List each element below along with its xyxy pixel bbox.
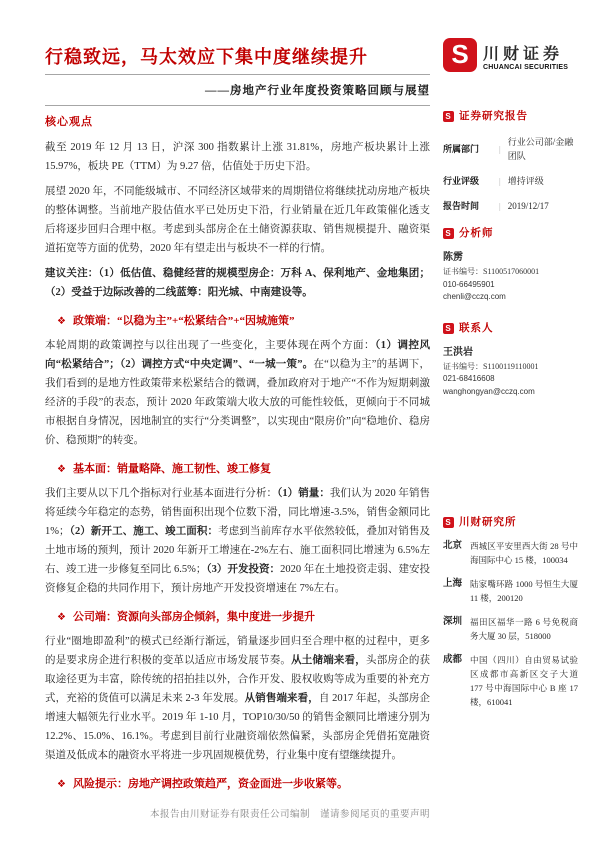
sidebar-heading-label: 川财研究所	[459, 516, 517, 529]
brand-logo-text: 川财证券 CHUANCAI SECURITIES	[483, 38, 568, 71]
page-title: 行稳致远，马太效应下集中度继续提升	[45, 46, 430, 68]
contact-cert: 证书编号：S1100119110001	[443, 361, 578, 374]
section-heading-label: 风险提示：房地产调控政策趋严，资金面进一步收紧等。	[73, 778, 348, 790]
mini-logo-icon: S	[443, 111, 454, 122]
mini-logo-icon: S	[443, 517, 454, 528]
section-heading-label: 公司端：资源向头部房企倾斜，集中度进一步提升	[73, 611, 315, 623]
section-heading-label: 政策端：“以稳为主”+“松紧结合”+“因城施策”	[73, 315, 295, 327]
sidebar-heading-contact: S 联系人	[443, 322, 578, 335]
office-address: 福田区福华一路 6 号免税商务大厦 30 层，518000	[470, 615, 578, 643]
text-run: 我们主要从以下几个指标对行业基本面进行分析：	[45, 488, 277, 499]
office-address: 中国（四川）自由贸易试验区成都市高新区交子大道 177 号中海国际中心 B 座 …	[470, 653, 578, 709]
office-address: 西城区平安里西大街 28 号中海国际中心 15 楼，100034	[470, 539, 578, 567]
office-city: 上海	[443, 577, 470, 605]
meta-label: 所属部门	[443, 143, 497, 156]
meta-value: 行业公司部/金融团队	[508, 135, 578, 163]
analyst-card: 陈雳 证书编号：S1100517060001 010-66495901 chen…	[443, 251, 578, 304]
analyst-cert: 证书编号：S1100517060001	[443, 266, 578, 279]
section-heading-fundamentals: ❖基本面：销量略降、施工韧性、竣工修复	[57, 461, 430, 478]
section-heading-label: 基本面：销量略降、施工韧性、竣工修复	[73, 463, 271, 475]
content-row: 核心观点 截至 2019 年 12 月 13 日，沪深 300 指数累计上涨 3…	[45, 106, 578, 825]
brand-name-en: CHUANCAI SECURITIES	[483, 64, 568, 71]
report-meta: 所属部门 | 行业公司部/金融团队 行业评级 | 增持评级 报告时间 | 201…	[443, 135, 578, 213]
brand-logo: S 川财证券 CHUANCAI SECURITIES	[443, 38, 578, 106]
main-column: 核心观点 截至 2019 年 12 月 13 日，沪深 300 指数累计上涨 3…	[45, 106, 430, 825]
core-view-heading: 核心观点	[45, 113, 430, 132]
office-shanghai: 上海 陆家嘴环路 1000 号恒生大厦 11 楼，200120	[443, 577, 578, 605]
sidebar-heading-label: 联系人	[459, 322, 494, 335]
analyst-phone: 010-66495901	[443, 279, 578, 292]
diamond-bullet-icon: ❖	[57, 316, 66, 327]
section-heading-risk: ❖风险提示：房地产调控政策趋严，资金面进一步收紧等。	[57, 776, 430, 793]
meta-value: 增持评级	[508, 174, 544, 188]
meta-row-rating: 行业评级 | 增持评级	[443, 174, 578, 188]
office-city: 成都	[443, 653, 470, 709]
paragraph-policy: 本轮周期的政策调控与以往出现了一些变化，主要体现在两个方面：（1）调控风向“松紧…	[45, 336, 430, 450]
diamond-bullet-icon: ❖	[57, 612, 66, 623]
sidebar-heading-label: 分析师	[459, 227, 494, 240]
office-address: 陆家嘴环路 1000 号恒生大厦 11 楼，200120	[470, 577, 578, 605]
sidebar-heading-report: S 证券研究报告	[443, 110, 578, 123]
brand-name-cn: 川财证券	[483, 41, 568, 64]
text-run: （3）开发投资：	[206, 564, 280, 575]
paragraph-recommendation: 建议关注：（1）低估值、稳健经营的规模型房企：万科 A、保利地产、金地集团；（2…	[45, 264, 430, 302]
header-rule-top	[45, 74, 430, 75]
section-heading-company: ❖公司端：资源向头部房企倾斜，集中度进一步提升	[57, 609, 430, 626]
analyst-email: chenli@cczq.com	[443, 291, 578, 304]
contact-card: 王洪岩 证书编号：S1100119110001 021-68416608 wan…	[443, 346, 578, 399]
sidebar-heading-research-office: S 川财研究所	[443, 516, 578, 529]
text-run: 从土储端来看，	[291, 655, 366, 666]
sidebar: S 证券研究报告 所属部门 | 行业公司部/金融团队 行业评级 | 增持评级 报…	[443, 106, 578, 825]
page-subtitle: ——房地产行业年度投资策略回顾与展望	[45, 82, 430, 98]
section-heading-policy: ❖政策端：“以稳为主”+“松紧结合”+“因城施策”	[57, 313, 430, 330]
disclaimer-note: 本报告由川财证券有限责任公司编制 谨请参阅尾页的重要声明	[45, 806, 430, 825]
meta-divider: |	[499, 200, 501, 213]
meta-row-date: 报告时间 | 2019/12/17	[443, 199, 578, 213]
diamond-bullet-icon: ❖	[57, 779, 66, 790]
meta-label: 报告时间	[443, 200, 497, 213]
chuancai-logo-icon: S	[443, 38, 477, 72]
office-chengdu: 成都 中国（四川）自由贸易试验区成都市高新区交子大道 177 号中海国际中心 B…	[443, 653, 578, 709]
sidebar-heading-analyst: S 分析师	[443, 227, 578, 240]
header-row: 行稳致远，马太效应下集中度继续提升 ——房地产行业年度投资策略回顾与展望 S 川…	[45, 38, 578, 106]
paragraph-company: 行业“圈地即盈利”的模式已经渐行渐远，销量逐步回归至合理中枢的过程中，更多的是要…	[45, 632, 430, 765]
text-run: 在“以稳为主”的基调下，我们看到的是地方性政策带来松紧结合的微调，叠加政府对于地…	[45, 359, 430, 446]
text-run: 本轮周期的政策调控与以往出现了一些变化，主要体现在两个方面：	[45, 340, 375, 351]
office-city: 深圳	[443, 615, 470, 643]
meta-divider: |	[499, 175, 501, 188]
text-run: （2）新开工、施工、竣工面积：	[70, 526, 219, 537]
office-city: 北京	[443, 539, 470, 567]
diamond-bullet-icon: ❖	[57, 464, 66, 475]
contact-phone: 021-68416608	[443, 373, 578, 386]
paragraph: 展望 2020 年，不同能级城市、不同经济区域带来的周期错位将继续扰动房地产板块…	[45, 182, 430, 258]
header-left: 行稳致远，马太效应下集中度继续提升 ——房地产行业年度投资策略回顾与展望	[45, 38, 430, 106]
sidebar-heading-label: 证券研究报告	[459, 110, 528, 123]
contact-email: wanghongyan@cczq.com	[443, 386, 578, 399]
mini-logo-icon: S	[443, 323, 454, 334]
report-page: 行稳致远，马太效应下集中度继续提升 ——房地产行业年度投资策略回顾与展望 S 川…	[0, 0, 595, 842]
text-run: （1）销量：	[277, 488, 330, 499]
paragraph: 截至 2019 年 12 月 13 日，沪深 300 指数累计上涨 31.81%…	[45, 138, 430, 176]
office-beijing: 北京 西城区平安里西大街 28 号中海国际中心 15 楼，100034	[443, 539, 578, 567]
meta-value: 2019/12/17	[508, 199, 549, 213]
paragraph-fundamentals: 我们主要从以下几个指标对行业基本面进行分析：（1）销量：我们认为 2020 年销…	[45, 484, 430, 598]
mini-logo-icon: S	[443, 228, 454, 239]
office-shenzhen: 深圳 福田区福华一路 6 号免税商务大厦 30 层，518000	[443, 615, 578, 643]
text-run: 从销售端来看，	[245, 693, 319, 704]
meta-label: 行业评级	[443, 175, 497, 188]
contact-name: 王洪岩	[443, 346, 578, 359]
meta-row-department: 所属部门 | 行业公司部/金融团队	[443, 135, 578, 163]
analyst-name: 陈雳	[443, 251, 578, 264]
meta-divider: |	[499, 143, 501, 156]
